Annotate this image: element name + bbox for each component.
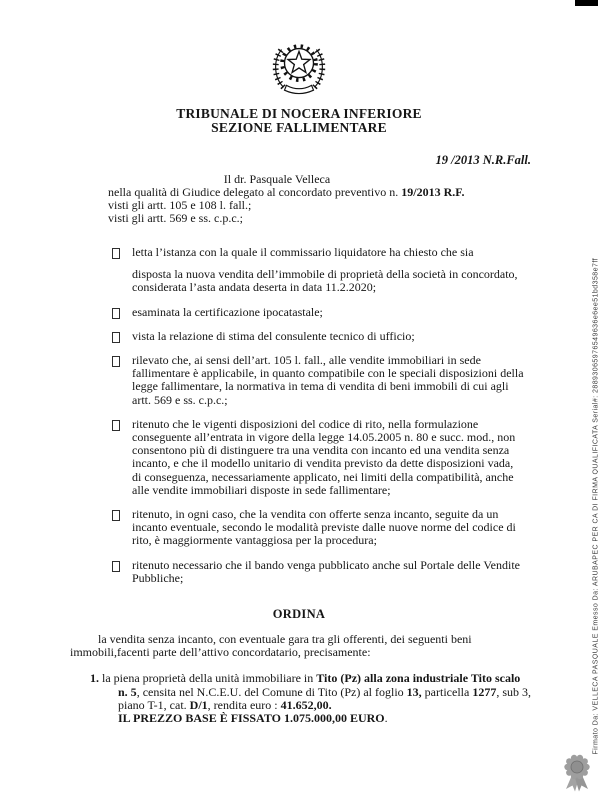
visto-line-2: visti gli artt. 569 e ss. c.p.c.; [108, 212, 598, 225]
premise-item: letta l’istanza con la quale il commissa… [112, 246, 598, 295]
court-title: TRIBUNALE DI NOCERA INFERIORE [0, 107, 598, 121]
intro-block: nella qualità di Giudice delegato al con… [108, 186, 598, 225]
scan-corner-mark [575, 0, 598, 6]
premise-item: ritenuto che le vigenti disposizioni del… [112, 418, 598, 497]
digital-signature-strip: Firmato Da: VELLECA PASQUALE Emesso Da: … [593, 258, 598, 755]
premise-text: rilevato che, ai sensi dell’art. 105 l. … [132, 354, 525, 407]
court-order-page: TRIBUNALE DI NOCERA INFERIORE SEZIONE FA… [0, 0, 598, 795]
premise-text: vista la relazione di stima del consulen… [132, 330, 525, 343]
premise-text: ritenuto necessario che il bando venga p… [132, 559, 525, 585]
judge-role-text: nella qualità di Giudice delegato al con… [108, 185, 401, 199]
premise-paragraph: vista la relazione di stima del consulen… [132, 330, 525, 343]
bullet-box-icon [112, 420, 120, 431]
premise-paragraph: ritenuto, in ogni caso, che la vendita c… [132, 508, 525, 548]
premise-text: ritenuto, in ogni caso, che la vendita c… [132, 508, 525, 548]
premise-paragraph: ritenuto che le vigenti disposizioni del… [132, 418, 525, 497]
ordina-heading: ORDINA [0, 608, 598, 621]
premise-paragraph: esaminata la certificazione ipocatastale… [132, 306, 525, 319]
premise-text: letta l’istanza con la quale il commissa… [132, 246, 525, 295]
premise-paragraph: letta l’istanza con la quale il commissa… [132, 246, 525, 259]
base-price-line: IL PREZZO BASE È FISSATO 1.075.000,00 EU… [118, 712, 532, 725]
premise-paragraph: ritenuto necessario che il bando venga p… [132, 559, 525, 585]
bullet-box-icon [112, 561, 120, 572]
premise-text: ritenuto che le vigenti disposizioni del… [132, 418, 525, 497]
lot-description: 1. la piena proprietà della unità immobi… [118, 672, 532, 712]
bullet-box-icon [112, 248, 120, 259]
bullet-box-icon [112, 356, 120, 367]
premise-item: vista la relazione di stima del consulen… [112, 330, 598, 343]
premise-paragraph: rilevato che, ai sensi dell’art. 105 l. … [132, 354, 525, 407]
signature-seal-ribbon-icon [562, 754, 592, 792]
premises-list: letta l’istanza con la quale il commissa… [112, 246, 598, 585]
premise-paragraph: disposta la nuova vendita dell’immobile … [132, 268, 525, 294]
case-reference-number: 19 /2013 N.R.Fall. [0, 154, 531, 167]
section-title: SEZIONE FALLIMENTARE [0, 121, 598, 135]
premise-text: esaminata la certificazione ipocatastale… [132, 306, 525, 319]
ordina-paragraph: la vendita senza incanto, con eventuale … [70, 633, 530, 659]
premise-item: ritenuto necessario che il bando venga p… [112, 559, 598, 585]
bullet-box-icon [112, 308, 120, 319]
republic-emblem-icon [267, 0, 331, 100]
lot-number: 1. [90, 671, 99, 685]
bullet-box-icon [112, 510, 120, 521]
premise-item: rilevato che, ai sensi dell’art. 105 l. … [112, 354, 598, 407]
case-number-bold: 19/2013 R.F. [401, 185, 464, 199]
bullet-box-icon [112, 332, 120, 343]
premise-item: esaminata la certificazione ipocatastale… [112, 306, 598, 319]
premise-item: ritenuto, in ogni caso, che la vendita c… [112, 508, 598, 548]
